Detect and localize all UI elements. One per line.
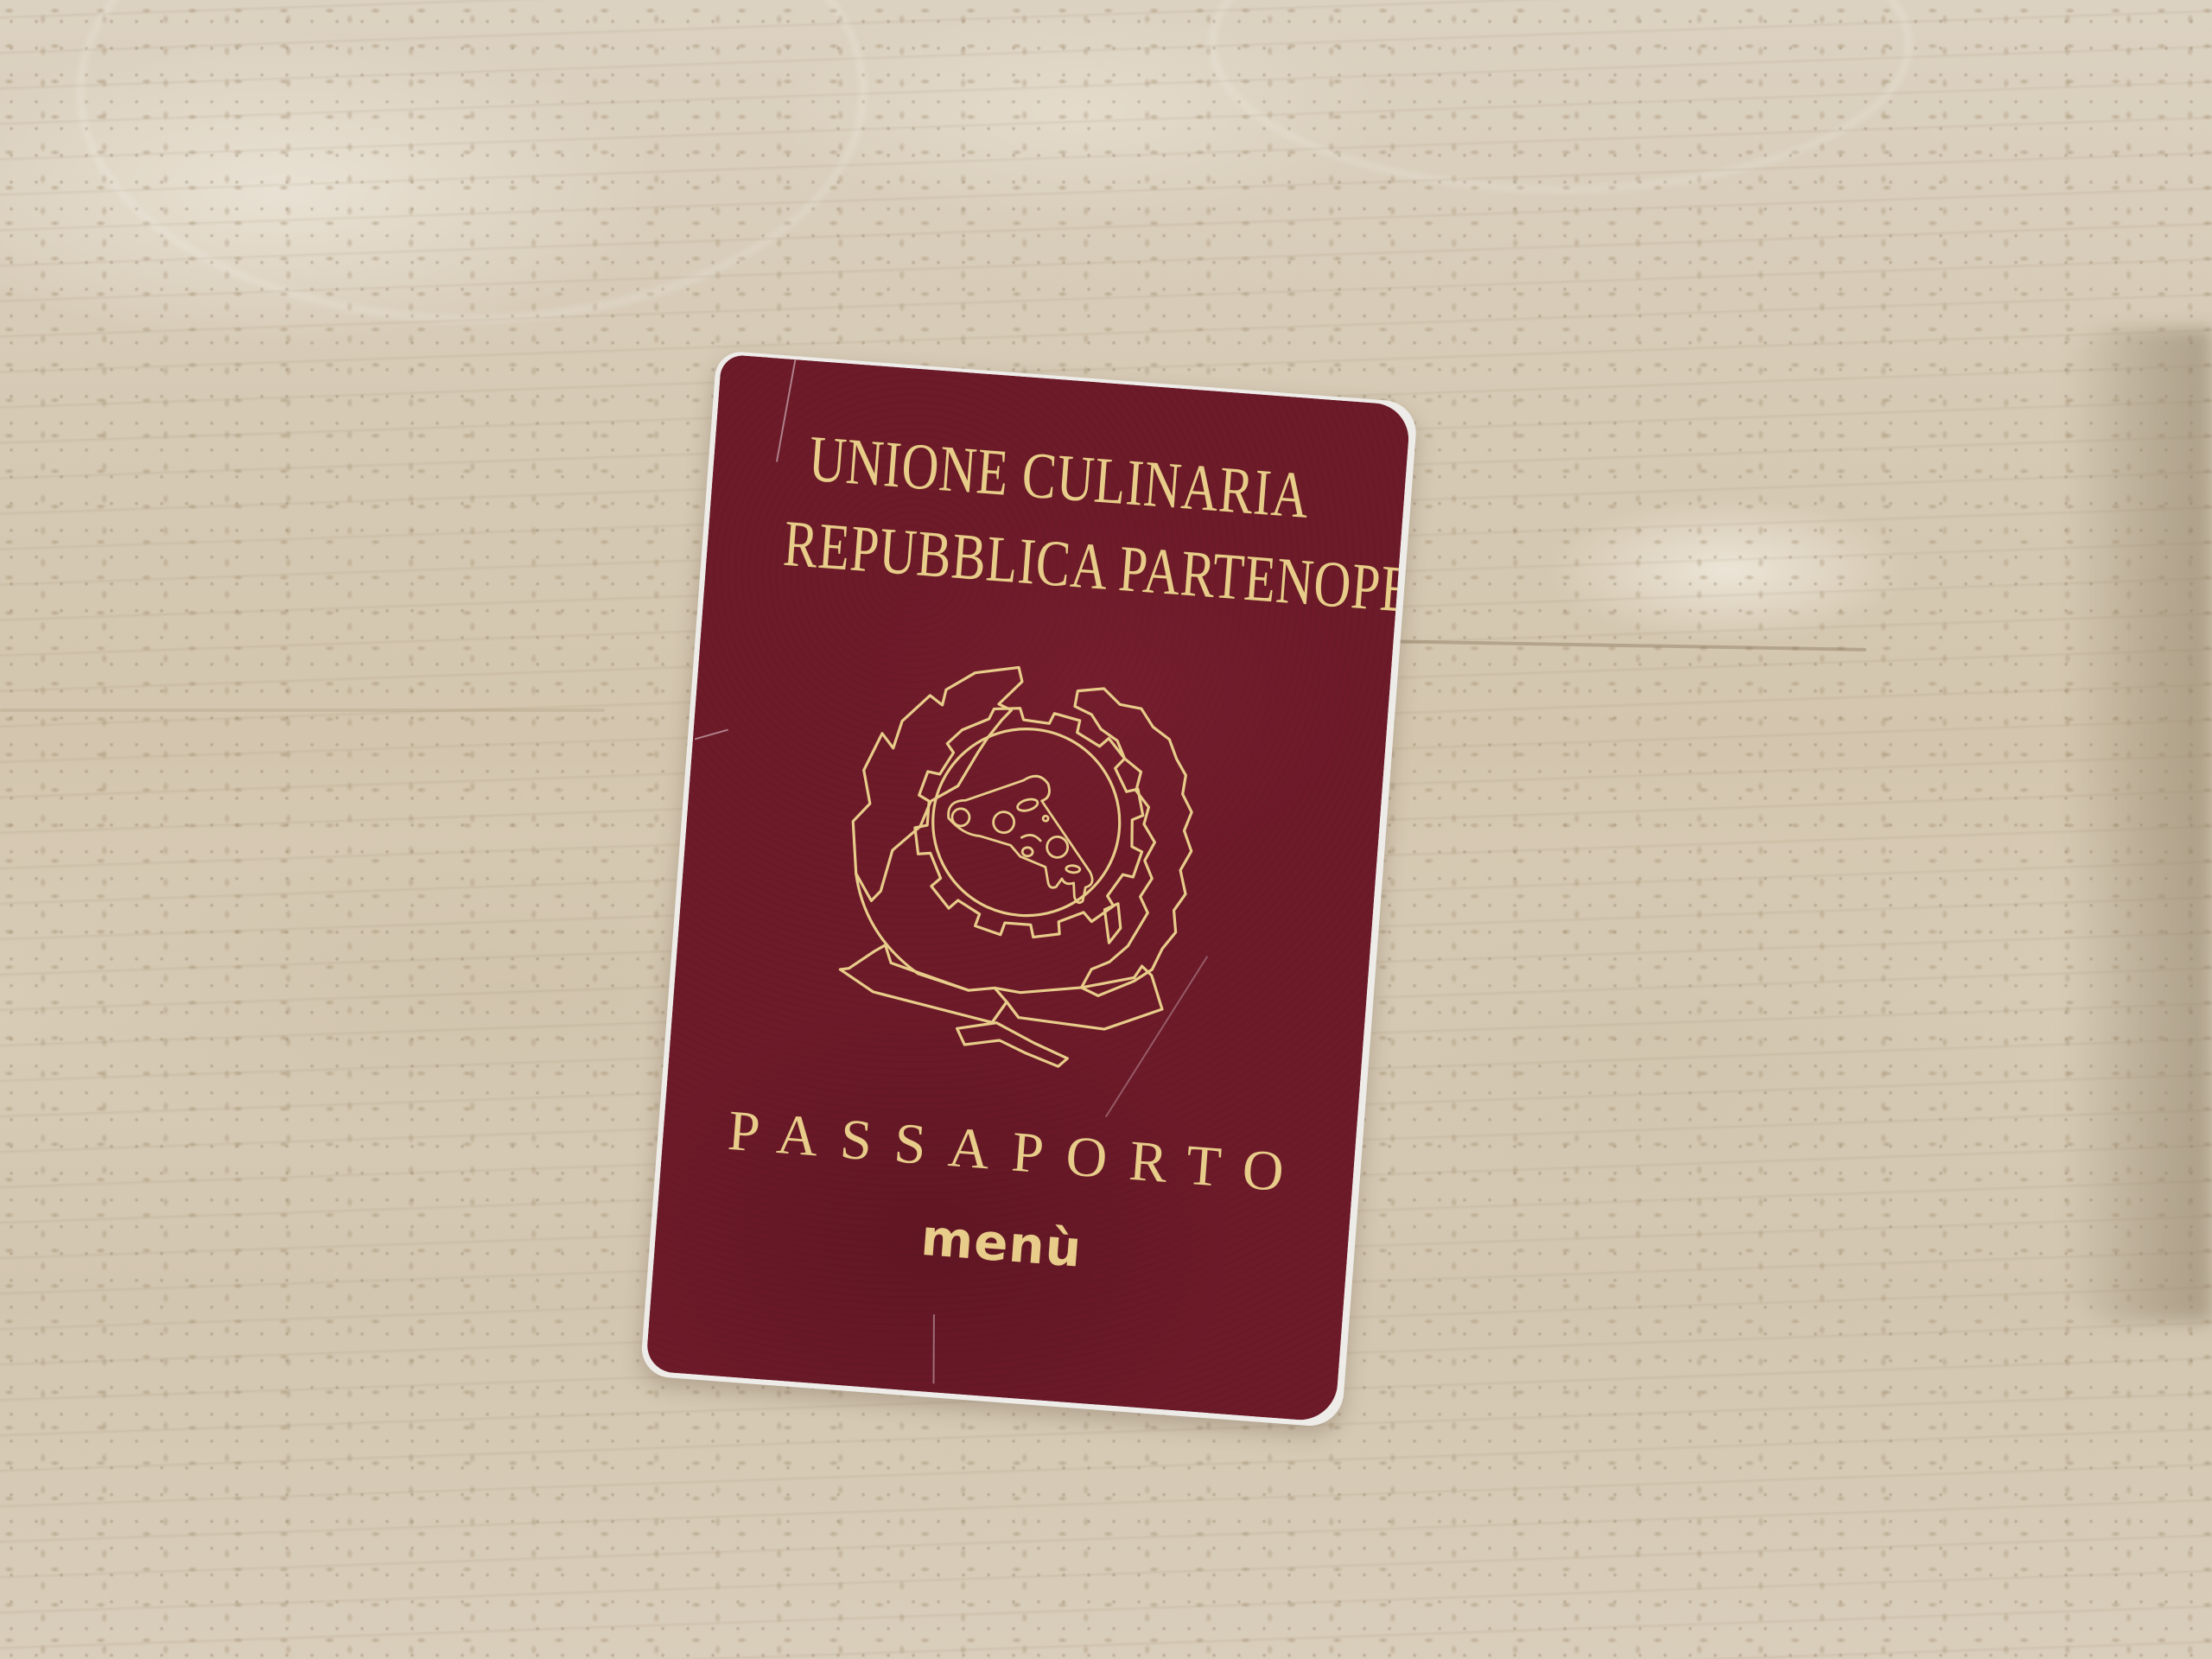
emblem: [817, 647, 1226, 1081]
ribbon-icon: [834, 942, 1165, 1074]
stone-vein: [0, 709, 605, 712]
document-type-label: PASSAPORTO: [661, 1093, 1355, 1211]
passport-cover: UNIONE CULINARIA REPUBBLICA PARTENOPEA: [645, 354, 1411, 1423]
menu-label: menù: [655, 1188, 1349, 1299]
oak-branch-icon: [1053, 687, 1203, 1002]
cover-crease: [932, 1314, 934, 1383]
passport: UNIONE CULINARIA REPUBBLICA PARTENOPEA: [645, 354, 1411, 1423]
pizza-slice-icon: [943, 770, 1100, 904]
shadow: [2065, 328, 2212, 1322]
emblem-circle: [926, 722, 1127, 923]
cover-crease: [695, 729, 728, 741]
